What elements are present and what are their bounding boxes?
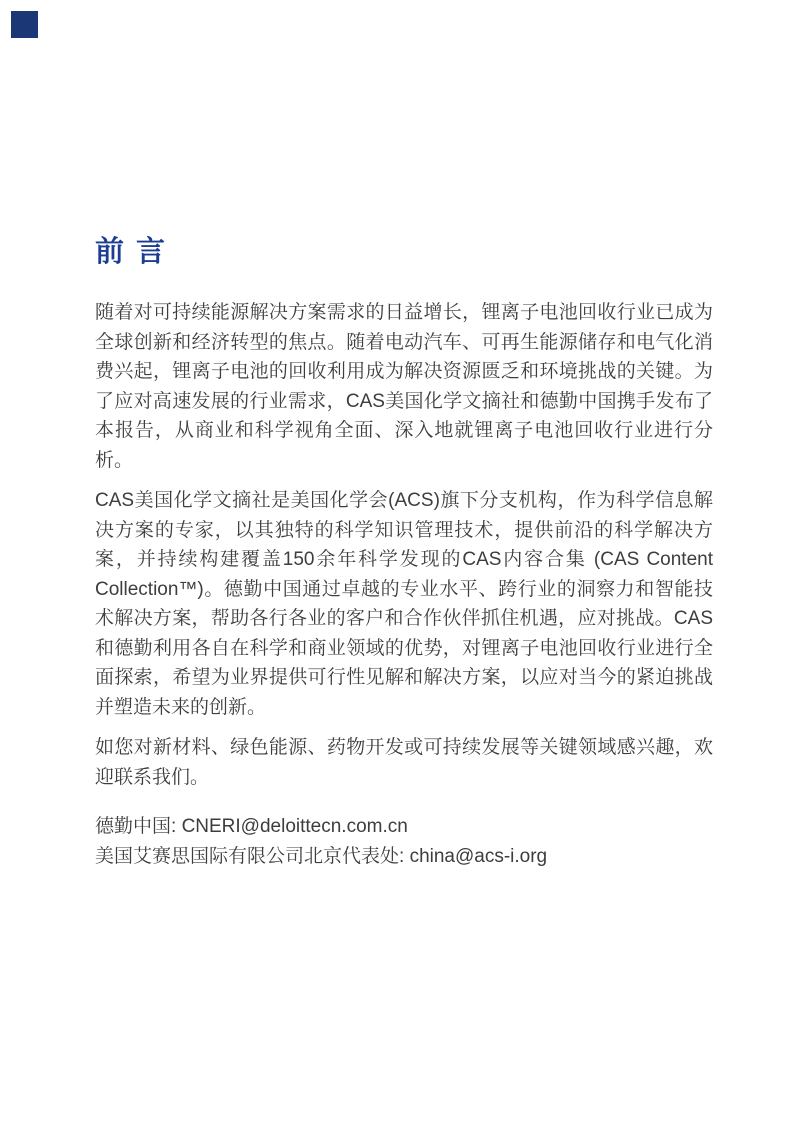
contact-invite-paragraph: 如您对新材料、绿色能源、药物开发或可持续发展等关键领域感兴趣，欢迎联系我们。 (95, 733, 713, 792)
contact-label-deloitte: 德勤中国: (95, 816, 182, 837)
contact-block: 德勤中国: CNERI@deloittecn.com.cn 美国艾赛思国际有限公… (95, 812, 713, 871)
contact-label-acs: 美国艾赛思国际有限公司北京代表处: (95, 846, 410, 867)
about-organizations-paragraph: CAS美国化学文摘社是美国化学会(ACS)旗下分支机构，作为科学信息解决方案的专… (95, 486, 713, 722)
preface-document-page: 前 言 随着对可持续能源解决方案需求的日益增长，锂离子电池回收行业已成为全球创新… (0, 0, 793, 1122)
email-link-deloitte[interactable]: CNERI@deloittecn.com.cn (182, 816, 408, 837)
contact-line-deloitte: 德勤中国: CNERI@deloittecn.com.cn (95, 812, 713, 842)
preface-section: 前 言 随着对可持续能源解决方案需求的日益增长，锂离子电池回收行业已成为全球创新… (95, 233, 713, 871)
page-title: 前 言 (95, 233, 713, 271)
email-link-acs[interactable]: china@acs-i.org (410, 846, 548, 867)
corner-square-mark (11, 11, 38, 38)
intro-paragraph: 随着对可持续能源解决方案需求的日益增长，锂离子电池回收行业已成为全球创新和经济转… (95, 298, 713, 475)
contact-line-acs: 美国艾赛思国际有限公司北京代表处: china@acs-i.org (95, 842, 713, 872)
